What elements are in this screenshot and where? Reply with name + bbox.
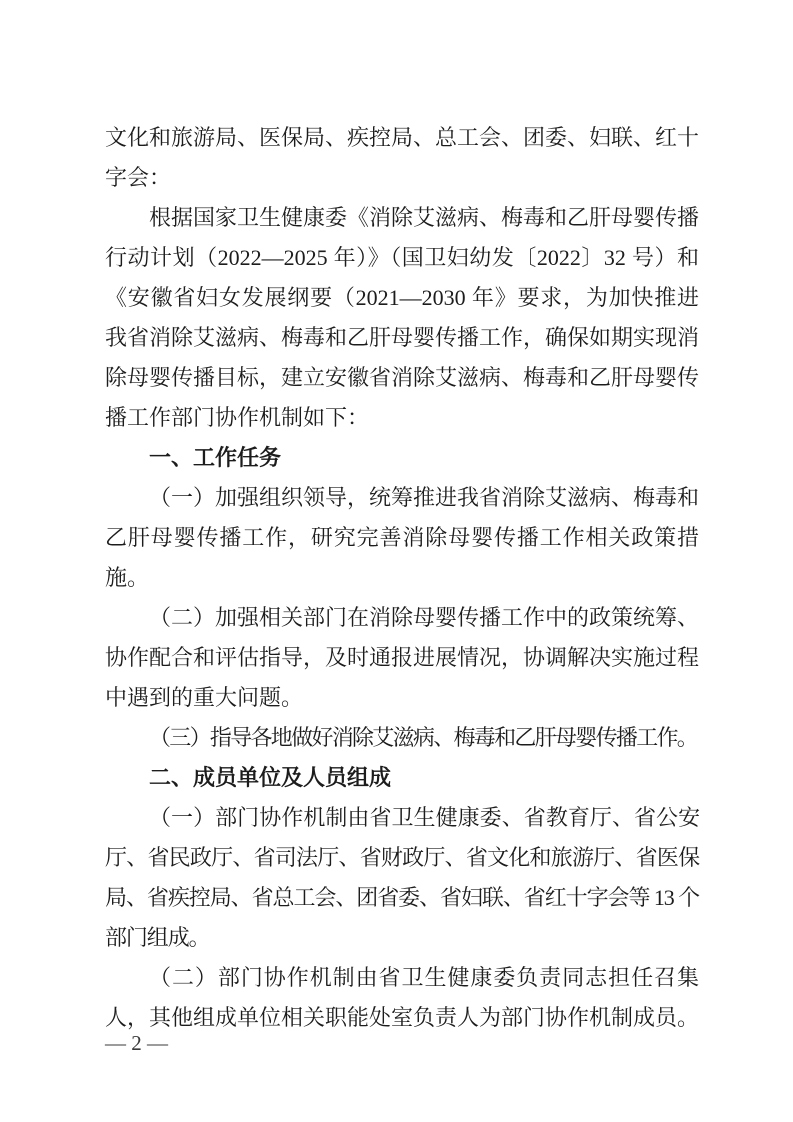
section-heading-1: 一、工作任务 bbox=[105, 438, 699, 478]
paragraph-members-2: （二）部门协作机制由省卫生健康委负责同志担任召集人，其他组成单位相关职能处室负责… bbox=[105, 958, 699, 1038]
page-number: — 2 — bbox=[105, 1028, 168, 1058]
paragraph-basis: 根据国家卫生健康委《消除艾滋病、梅毒和乙肝母婴传播行动计划（2022—2025 … bbox=[105, 198, 699, 438]
section-heading-2: 二、成员单位及人员组成 bbox=[105, 758, 699, 798]
document-body: 文化和旅游局、医保局、疾控局、总工会、团委、妇联、红十字会： 根据国家卫生健康委… bbox=[105, 118, 699, 1038]
paragraph-task-3: （三）指导各地做好消除艾滋病、梅毒和乙肝母婴传播工作。 bbox=[105, 718, 699, 758]
paragraph-members-1: （一）部门协作机制由省卫生健康委、省教育厅、省公安厅、省民政厅、省司法厅、省财政… bbox=[105, 798, 699, 958]
paragraph-task-2: （二）加强相关部门在消除母婴传播工作中的政策统筹、协作配合和评估指导，及时通报进… bbox=[105, 598, 699, 718]
document-page: 文化和旅游局、医保局、疾控局、总工会、团委、妇联、红十字会： 根据国家卫生健康委… bbox=[0, 0, 793, 1122]
paragraph-task-1: （一）加强组织领导，统筹推进我省消除艾滋病、梅毒和乙肝母婴传播工作，研究完善消除… bbox=[105, 478, 699, 598]
paragraph-addressees: 文化和旅游局、医保局、疾控局、总工会、团委、妇联、红十字会： bbox=[105, 118, 699, 198]
